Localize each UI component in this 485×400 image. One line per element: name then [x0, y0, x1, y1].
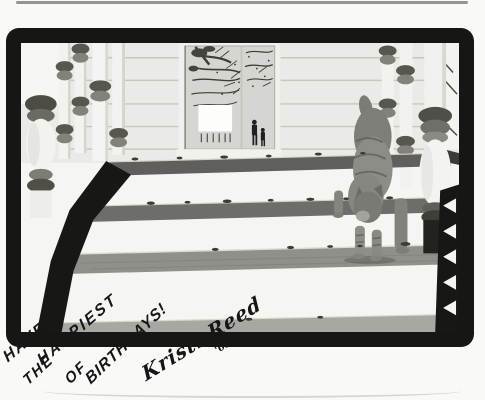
- photo-content: [21, 43, 459, 332]
- porch-photo-graphic: [21, 43, 459, 332]
- porch-window: [177, 43, 282, 162]
- scanned-photo-page: HAVE THE HAPPIEST OF BIRTHDAYS! Kristi R…: [0, 0, 485, 400]
- scanner-top-edge: [16, 1, 468, 4]
- cat-front-leg: [372, 230, 382, 258]
- cat-front-leg: [355, 226, 365, 255]
- scanner-bottom-shadow: [42, 384, 462, 398]
